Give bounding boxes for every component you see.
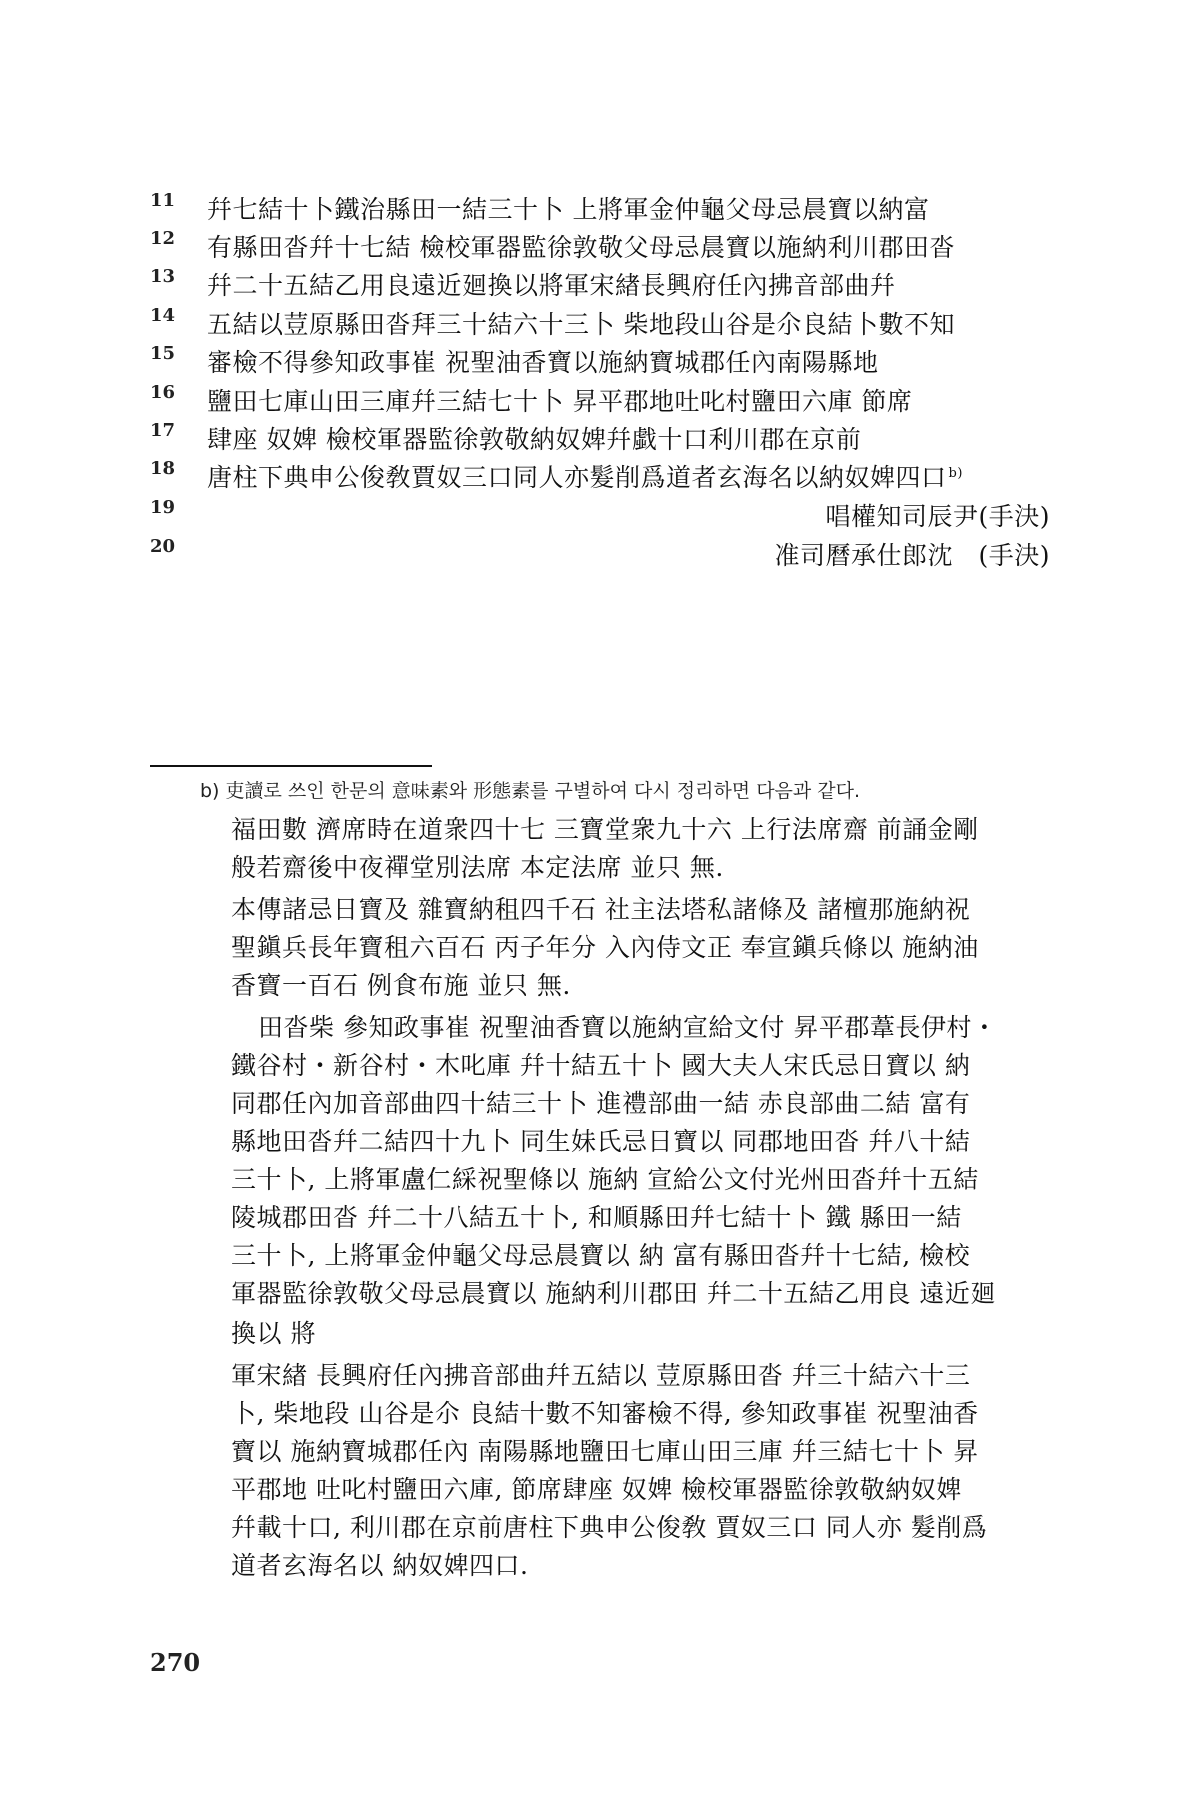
footnote-line: 聖鎭兵長年寶租六百石 丙子年分 入內侍文正 奉宣鎭兵條以 施納油 <box>231 928 979 964</box>
text-line: 18 唐柱下典申公俊敎賈奴三口同人亦髮削爲道者玄海名以納奴婢四口b) <box>150 458 1050 494</box>
footnote-line: 鐵谷村・新谷村・木叱庫 幷十結五十卜 國大夫人宋氏忌日寶以 納 <box>231 1046 970 1082</box>
line-text-body: 唐柱下典申公俊敎賈奴三口同人亦髮削爲道者玄海名以納奴婢四口 <box>207 463 947 492</box>
text-line: 12 有縣田沓幷十七結 檢校軍器監徐敦敬父母忌晨寶以施納利川郡田沓 <box>150 228 1050 264</box>
line-text: 五結以荳原縣田沓拜三十結六十三卜 柴地段山谷是尒良結卜數不知 <box>207 305 955 341</box>
footnote-line: 同郡任內加音部曲四十結三十卜 進禮部曲一結 赤良部曲二結 富有 <box>231 1084 970 1120</box>
line-number: 18 <box>150 458 190 479</box>
footnote-line: 軍器監徐敦敬父母忌晨寶以 施納利川郡田 幷二十五結乙用良 遠近廻 <box>231 1274 996 1310</box>
signature-line: 唱權知司辰尹(手決) <box>825 497 1050 533</box>
footnote-line: 軍宋緖 長興府任內拂音部曲幷五結以 荳原縣田沓 幷三十結六十三 <box>231 1356 970 1392</box>
line-number: 17 <box>150 420 190 441</box>
line-number: 14 <box>150 305 190 326</box>
line-number: 12 <box>150 228 190 249</box>
footnote-line: 本傳諸忌日寶及 雜寶納租四千石 社主法塔私諸條及 諸檀那施納祝 <box>231 890 970 926</box>
text-line: 15 審檢不得參知政事崔 祝聖油香寶以施納寶城郡任內南陽縣地 <box>150 343 1050 379</box>
text-line: 20 准司曆承仕郎沈 (手決) <box>150 536 1050 572</box>
footnote-line: 陵城郡田沓 幷二十八結五十卜, 和順縣田幷七結十卜 鐵 縣田一結 <box>231 1198 962 1234</box>
footnote-line: 福田數 濟席時在道衆四十七 三寶堂衆九十六 上行法席齋 前誦金剛 <box>231 810 979 846</box>
footnote-line: 平郡地 吐叱村鹽田六庫, 節席肆座 奴婢 檢校軍器監徐敦敬納奴婢 <box>231 1470 962 1506</box>
footnote-line: 三十卜, 上將軍盧仁綵祝聖條以 施納 宣給公文付光州田沓幷十五結 <box>231 1160 979 1196</box>
line-text: 鹽田七庫山田三庫幷三結七十卜 昇平郡地吐叱村鹽田六庫 節席 <box>207 382 912 418</box>
text-line: 14 五結以荳原縣田沓拜三十結六十三卜 柴地段山谷是尒良結卜數不知 <box>150 305 1050 341</box>
line-text: 有縣田沓幷十七結 檢校軍器監徐敦敬父母忌晨寶以施納利川郡田沓 <box>207 228 955 264</box>
line-text: 肆座 奴婢 檢校軍器監徐敦敬納奴婢幷戱十口利川郡在京前 <box>207 420 861 456</box>
signature-line: 准司曆承仕郎沈 (手決) <box>774 536 1050 572</box>
footnote-line: 卜, 柴地段 山谷是尒 良結十數不知審檢不得, 參知政事崔 祝聖油香 <box>231 1394 979 1430</box>
line-text: 唐柱下典申公俊敎賈奴三口同人亦髮削爲道者玄海名以納奴婢四口b) <box>207 458 963 494</box>
footnote-line: 般若齋後中夜禪堂別法席 本定法席 並只 無. <box>231 848 724 884</box>
footnote-marker: b) <box>949 466 963 481</box>
text-line: 13 幷二十五結乙用良遠近廻換以將軍宋緖長興府任內拂音部曲幷 <box>150 266 1050 302</box>
footnote-line: 香寶一百石 例食布施 並只 無. <box>231 966 571 1002</box>
text-line: 17 肆座 奴婢 檢校軍器監徐敦敬納奴婢幷戱十口利川郡在京前 <box>150 420 1050 456</box>
text-line: 16 鹽田七庫山田三庫幷三結七十卜 昇平郡地吐叱村鹽田六庫 節席 <box>150 382 1050 418</box>
line-number: 13 <box>150 266 190 287</box>
line-number: 20 <box>150 536 190 557</box>
text-line: 11 幷七結十卜鐵治縣田一結三十卜 上將軍金仲龜父母忌晨寶以納富 <box>150 190 1050 226</box>
footnote-line: 道者玄海名以 納奴婢四口. <box>231 1546 528 1582</box>
line-number: 11 <box>150 190 190 211</box>
line-number: 16 <box>150 382 190 403</box>
document-page: 11 幷七結十卜鐵治縣田一結三十卜 上將軍金仲龜父母忌晨寶以納富 12 有縣田沓… <box>0 0 1200 1800</box>
footnote-line: 幷載十口, 利川郡在京前唐柱下典申公俊敎 賈奴三口 同人亦 髮削爲 <box>231 1508 987 1544</box>
line-number: 15 <box>150 343 190 364</box>
page-number: 270 <box>150 1648 200 1677</box>
footnote-line: 縣地田沓幷二結四十九卜 同生妹氏忌日寶以 同郡地田沓 幷八十結 <box>231 1122 970 1158</box>
footnote-heading: b) 吏讀로 쓰인 한문의 意味素와 形態素를 구별하여 다시 정리하면 다음과… <box>200 776 860 803</box>
footnote-line: 寶以 施納寶城郡任內 南陽縣地鹽田七庫山田三庫 幷三結七十卜 昇 <box>231 1432 979 1468</box>
line-text: 幷七結十卜鐵治縣田一結三十卜 上將軍金仲龜父母忌晨寶以納富 <box>207 190 929 226</box>
line-text: 審檢不得參知政事崔 祝聖油香寶以施納寶城郡任內南陽縣地 <box>207 343 878 379</box>
footnote-line: 換以 將 <box>231 1314 316 1350</box>
line-number: 19 <box>150 497 190 518</box>
footnote-divider <box>150 765 432 767</box>
footnote-line: 三十卜, 上將軍金仲龜父母忌晨寶以 納 富有縣田沓幷十七結, 檢校 <box>231 1236 970 1272</box>
line-text: 幷二十五結乙用良遠近廻換以將軍宋緖長興府任內拂音部曲幷 <box>207 266 896 302</box>
footnote-line: 田沓柴 參知政事崔 祝聖油香寶以施納宣給文付 昇平郡葦長伊村・ <box>258 1008 997 1044</box>
text-line: 19 唱權知司辰尹(手決) <box>150 497 1050 533</box>
